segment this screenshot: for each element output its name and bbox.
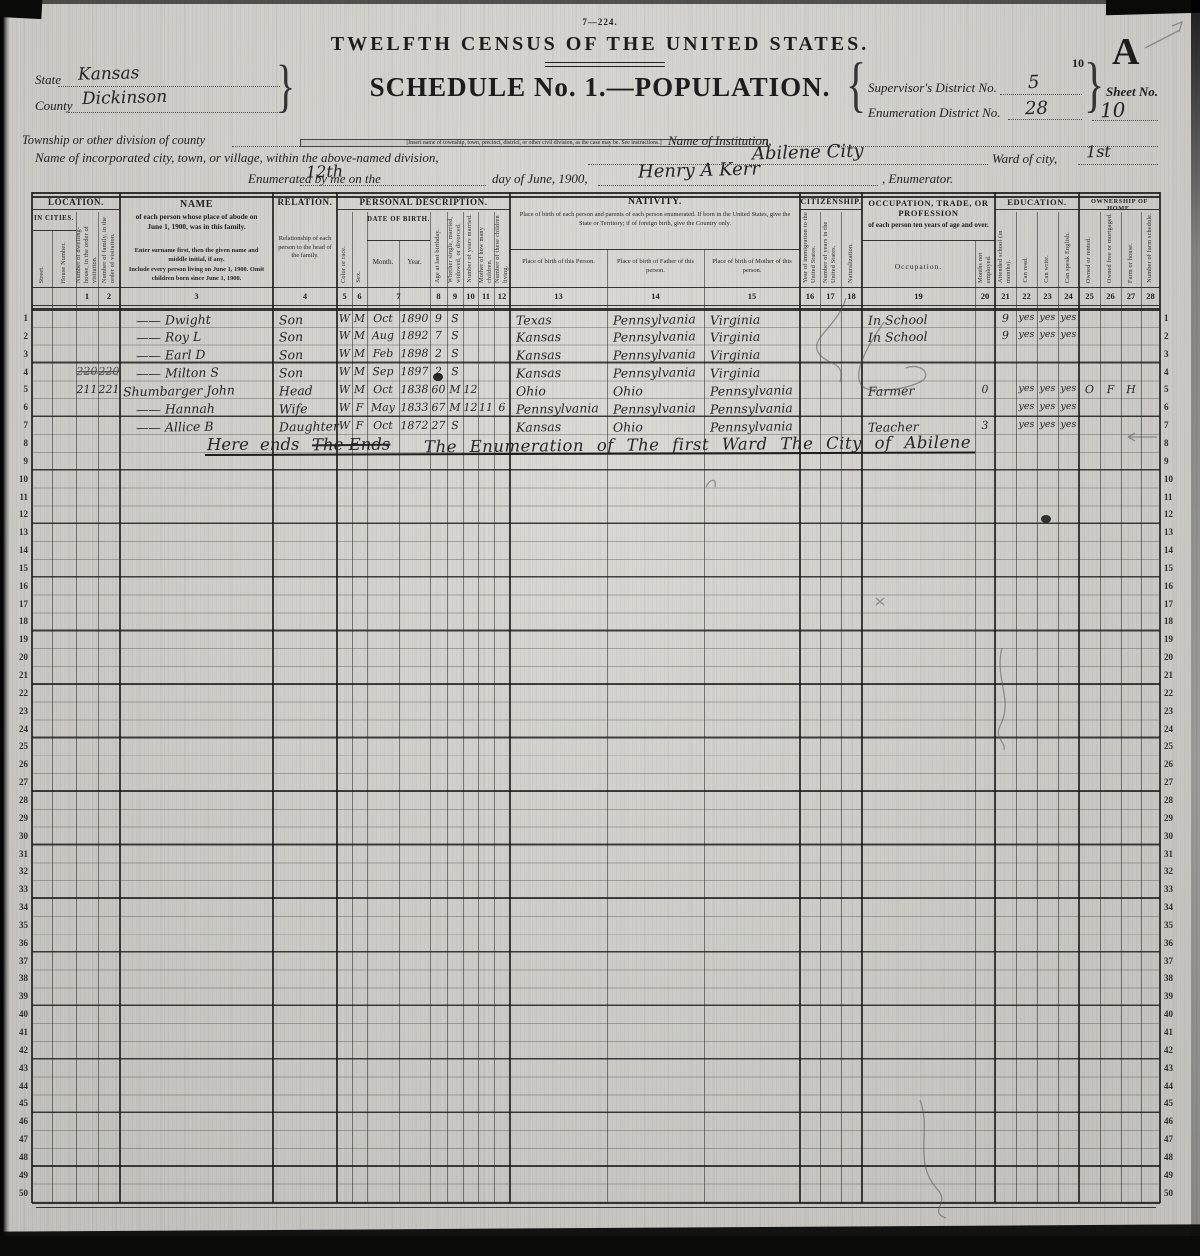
cell-years_married: 12: [463, 383, 478, 401]
cell-color: W: [337, 311, 352, 329]
cell-english: yes: [1058, 311, 1079, 329]
grid-hline: [32, 287, 1160, 288]
cell-relation: Head: [273, 382, 337, 401]
cell-year: 1892: [399, 329, 430, 347]
cell-sex: M: [352, 365, 367, 383]
line-number-right: 28: [1164, 795, 1184, 805]
line-number-right: 39: [1164, 991, 1184, 1001]
scan-edge-bottom: [0, 1236, 1200, 1256]
cell-pob_father: Pennsylvania: [607, 311, 704, 331]
cell-dwelling: 211: [76, 383, 98, 401]
cell-color: W: [337, 365, 352, 383]
column-number-color: 5: [337, 291, 352, 301]
cell-color: W: [337, 383, 352, 401]
cell-year: 1838: [399, 383, 430, 401]
note-part-2: ends: [260, 435, 300, 454]
line-number-right: 27: [1164, 777, 1184, 787]
cell-age: 9: [430, 311, 447, 329]
line-number-right: 40: [1164, 1009, 1184, 1019]
cell-write: yes: [1037, 329, 1058, 347]
cell-marital: S: [447, 347, 463, 365]
grid-hline: [32, 209, 120, 210]
note-part-3: The Ends: [312, 435, 391, 455]
line-number-right: 7: [1164, 420, 1184, 430]
line-number-right: 47: [1164, 1134, 1184, 1144]
line-number-right: 36: [1164, 938, 1184, 948]
cell-read: yes: [1016, 329, 1037, 347]
cell-pob_father: Ohio: [607, 382, 704, 402]
grid-hline: [337, 209, 510, 210]
cell-pob_father: Pennsylvania: [607, 328, 704, 348]
line-number-right: 30: [1164, 831, 1184, 841]
cell-relation: Wife: [273, 400, 337, 419]
cell-write: yes: [1037, 383, 1058, 401]
line-number-right: 35: [1164, 920, 1184, 930]
column-number-years_married: 10: [463, 291, 478, 301]
line-number-right: 16: [1164, 581, 1184, 591]
cell-sex: F: [352, 401, 367, 419]
line-number-right: 11: [1164, 492, 1184, 502]
line-number-right: 32: [1164, 866, 1184, 876]
column-number-pob_mother: 15: [704, 291, 800, 301]
cell-english: yes: [1058, 329, 1079, 347]
cell-pob: Kansas: [510, 418, 607, 438]
column-number-farm_schedule: 28: [1141, 291, 1160, 301]
cell-marital: S: [447, 311, 463, 329]
column-number-pob: 13: [510, 291, 607, 301]
cell-month: Aug: [367, 329, 399, 347]
grid-hline: [800, 209, 862, 210]
cell-year: 1872: [399, 418, 430, 436]
line-number-right: 3: [1164, 349, 1184, 359]
cell-read: yes: [1016, 311, 1037, 329]
grid-hline: [510, 249, 800, 250]
line-number-right: 9: [1164, 456, 1184, 466]
cell-months_not_employed: 3: [975, 418, 995, 436]
cell-month: Oct: [367, 383, 399, 401]
cell-pob_father: Pennsylvania: [607, 364, 704, 384]
cell-english: yes: [1058, 401, 1079, 419]
table-generated-layer: 1234567891011121314151617181920212223242…: [0, 0, 1200, 1256]
line-number-right: 15: [1164, 563, 1184, 573]
cell-relation: Son: [273, 347, 337, 366]
scan-edge-left: [0, 0, 10, 1256]
cell-read: yes: [1016, 401, 1037, 419]
cell-write: yes: [1037, 311, 1058, 329]
column-number-naturalization: 18: [841, 291, 862, 301]
cell-sex: M: [352, 383, 367, 401]
line-number-right: 14: [1164, 545, 1184, 555]
line-number-right: 25: [1164, 741, 1184, 751]
line-number-right: 2: [1164, 331, 1184, 341]
line-number-right: 12: [1164, 509, 1184, 519]
cell-pob_father: Pennsylvania: [607, 346, 704, 366]
cell-pob_mother: Virginia: [704, 364, 800, 384]
scan-edge-top-right: [1106, 0, 1200, 15]
cell-free: F: [1100, 383, 1121, 401]
line-number-right: 41: [1164, 1027, 1184, 1037]
scan-edge-right: [1191, 0, 1200, 1256]
cell-name: —— Hannah: [120, 399, 273, 420]
line-number-right: 17: [1164, 599, 1184, 609]
cell-farm: H: [1121, 383, 1141, 401]
line-number-right: 1: [1164, 313, 1184, 323]
cell-family: 220: [98, 365, 120, 383]
line-number-right: 45: [1164, 1098, 1184, 1108]
line-number-right: 4: [1164, 367, 1184, 377]
line-number-right: 38: [1164, 973, 1184, 983]
cell-marital: S: [447, 418, 463, 436]
cell-year: 1897: [399, 365, 430, 383]
cell-relation: Son: [273, 364, 337, 383]
cell-write: yes: [1037, 418, 1058, 436]
grid-hline: [32, 192, 1160, 194]
column-number-relation: 4: [273, 291, 337, 301]
column-number-family: 2: [98, 291, 120, 301]
line-number-right: 42: [1164, 1045, 1184, 1055]
cell-marital: S: [447, 329, 463, 347]
cell-year: 1898: [399, 347, 430, 365]
grid-hline: [36, 1207, 1156, 1208]
grid-hline: [32, 230, 76, 231]
column-number-living: 12: [494, 291, 510, 301]
cell-relation: Son: [273, 311, 337, 330]
cell-marital: M: [447, 401, 463, 419]
line-number-right: 37: [1164, 956, 1184, 966]
line-number-right: 20: [1164, 652, 1184, 662]
column-number-english: 24: [1058, 291, 1079, 301]
cell-age: 7: [430, 329, 447, 347]
line-number-right: 21: [1164, 670, 1184, 680]
column-number-read: 22: [1016, 291, 1037, 301]
scan-edge-top-left-patch: [0, 0, 43, 19]
line-number-right: 8: [1164, 438, 1184, 448]
cell-pob: Kansas: [510, 346, 607, 366]
cell-sex: M: [352, 329, 367, 347]
cell-write: yes: [1037, 401, 1058, 419]
line-number-right: 29: [1164, 813, 1184, 823]
column-number-pob_father: 14: [607, 291, 704, 301]
cell-pob: Kansas: [510, 328, 607, 348]
line-number-right: 22: [1164, 688, 1184, 698]
cell-year: 1833: [399, 400, 430, 418]
column-number-name: 3: [120, 291, 273, 301]
cell-sex: M: [352, 347, 367, 365]
cell-occupation: Farmer: [862, 382, 975, 402]
cell-owned: O: [1079, 383, 1100, 401]
cell-mother: 11: [478, 401, 494, 419]
column-number-immigration: 16: [800, 291, 820, 301]
census-sheet-scan: 7—224. TWELFTH CENSUS OF THE UNITED STAT…: [0, 0, 1200, 1256]
cell-pob_mother: Pennsylvania: [704, 400, 800, 420]
cell-age: 2: [430, 347, 447, 365]
cell-sex: M: [352, 311, 367, 329]
column-number-months_not_employed: 20: [975, 291, 995, 301]
line-number-right: 6: [1164, 402, 1184, 412]
column-number-owned: 25: [1079, 291, 1100, 301]
cell-sex: F: [352, 418, 367, 436]
cell-read: yes: [1016, 383, 1037, 401]
cell-name: Shumbarger John: [120, 382, 273, 403]
column-number-free: 26: [1100, 291, 1121, 301]
line-number-right: 50: [1164, 1188, 1184, 1198]
line-number-right: 48: [1164, 1152, 1184, 1162]
line-number-right: 33: [1164, 884, 1184, 894]
cell-color: W: [337, 347, 352, 365]
cell-months_not_employed: 0: [975, 383, 995, 401]
grid-hline: [367, 240, 430, 241]
cell-marital: S: [447, 365, 463, 383]
column-number-farm: 27: [1121, 291, 1141, 301]
cell-school: 9: [995, 311, 1016, 329]
cell-month: Feb: [367, 347, 399, 365]
column-number-sex: 6: [352, 291, 367, 301]
line-number-right: 13: [1164, 527, 1184, 537]
grid-hline: [1079, 209, 1160, 210]
line-number-right: 43: [1164, 1063, 1184, 1073]
column-number-years_us: 17: [820, 291, 841, 301]
cell-english: yes: [1058, 383, 1079, 401]
cell-pob: Kansas: [510, 364, 607, 384]
cell-school: 9: [995, 329, 1016, 347]
column-number-school: 21: [995, 291, 1016, 301]
cell-pob_mother: Virginia: [704, 329, 800, 349]
column-number-mother: 11: [478, 291, 494, 301]
line-number-right: 5: [1164, 384, 1184, 394]
cell-family: 221: [98, 383, 120, 401]
cell-pob: Ohio: [510, 382, 607, 402]
column-number-occupation: 19: [862, 291, 975, 301]
cell-age: 27: [430, 418, 447, 436]
column-number-marital: 9: [447, 291, 463, 301]
cell-pob_mother: Virginia: [704, 346, 800, 366]
line-number-right: 10: [1164, 474, 1184, 484]
note-part-1: Here: [207, 435, 249, 454]
column-number-age: 8: [430, 291, 447, 301]
scan-edge-top: [0, 0, 1200, 4]
line-number-right: 49: [1164, 1170, 1184, 1180]
line-number-right: 44: [1164, 1081, 1184, 1091]
line-number-right: 19: [1164, 634, 1184, 644]
cell-relation: Son: [273, 329, 337, 348]
grid-hline: [32, 305, 1160, 306]
cell-month: Oct: [367, 311, 399, 329]
cell-years_married: 12: [463, 401, 478, 419]
cell-pob: Pennsylvania: [510, 400, 607, 420]
cell-occupation: In School: [862, 328, 975, 348]
cell-year: 1890: [399, 311, 430, 329]
grid-hline: [995, 209, 1079, 210]
cell-color: W: [337, 418, 352, 436]
line-number-right: 34: [1164, 902, 1184, 912]
line-number-right: 46: [1164, 1116, 1184, 1126]
cell-age: 67: [430, 401, 447, 419]
cell-age: 2: [430, 365, 447, 383]
cell-pob_mother: Virginia: [704, 311, 800, 331]
cell-name: —— Allice B: [120, 417, 273, 438]
cell-read: yes: [1016, 418, 1037, 436]
grid-hline: [32, 196, 1160, 198]
cell-age: 60: [430, 383, 447, 401]
cell-color: W: [337, 401, 352, 419]
line-number-right: 31: [1164, 849, 1184, 859]
cell-english: yes: [1058, 418, 1079, 436]
grid-hline: [862, 240, 995, 241]
cell-pob_father: Pennsylvania: [607, 400, 704, 420]
column-number-date: 7: [367, 291, 430, 301]
cell-marital: M: [447, 383, 463, 401]
line-number-right: 24: [1164, 724, 1184, 734]
cell-dwelling: 220: [76, 365, 98, 383]
line-number-right: 18: [1164, 616, 1184, 626]
line-number-right: 23: [1164, 706, 1184, 716]
cell-color: W: [337, 329, 352, 347]
cell-pob_mother: Pennsylvania: [704, 382, 800, 402]
cell-month: Sep: [367, 365, 399, 383]
cell-living: 6: [494, 401, 510, 419]
cell-pob: Texas: [510, 311, 607, 331]
column-number-write: 23: [1037, 291, 1058, 301]
column-number-dwelling: 1: [76, 291, 98, 301]
line-number-right: 26: [1164, 759, 1184, 769]
cell-month: May: [367, 400, 399, 418]
